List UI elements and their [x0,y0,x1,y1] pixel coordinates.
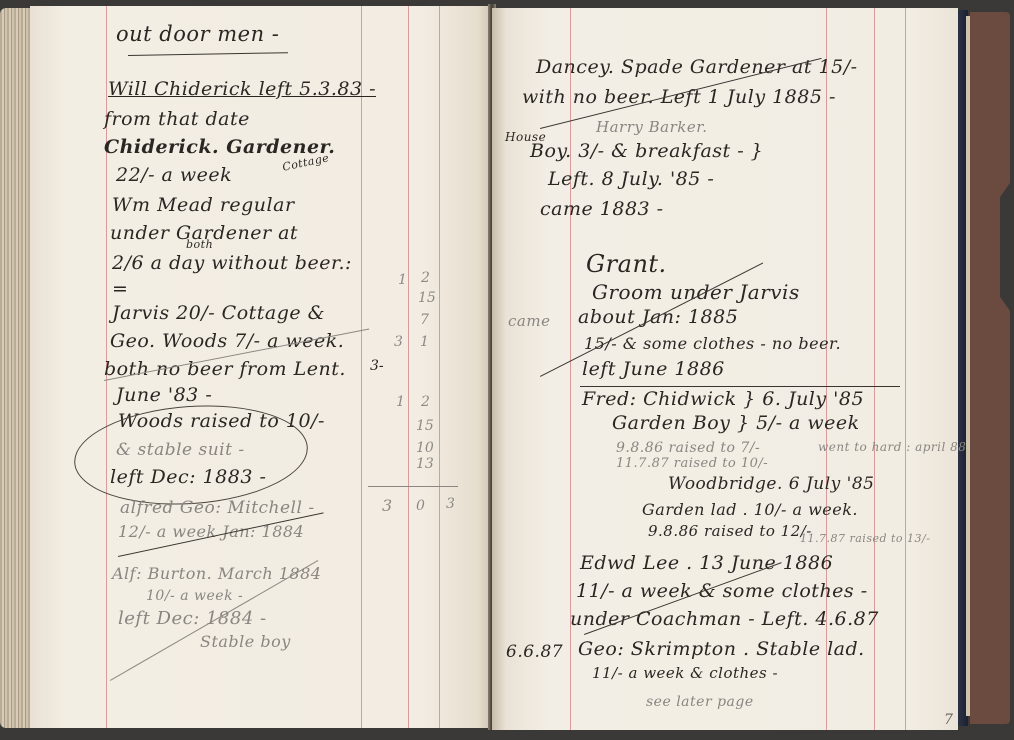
margin-figure: 1 [398,272,407,288]
left-page-edges [0,8,34,728]
margin-figure: 0 [416,498,425,514]
entry: Wm Mead regular [112,194,295,216]
entry: Stable boy [200,632,291,651]
entry: about Jan: 1885 [578,306,738,328]
margin-figure: 15 [418,290,436,306]
entry: alfred Geo: Mitchell - [120,498,315,518]
entry: Fred: Chidwick } 6. July '85 [582,388,864,410]
entry: left Dec: 1884 - [118,608,267,629]
entry: Garden Boy } 5/- a week [612,412,860,434]
entry: came [508,312,550,330]
annotation-both: both [186,238,213,251]
page-number: 7 [944,712,953,728]
margin-figure: 15 [416,418,434,434]
entry: Will Chiderick left 5.3.83 - [108,78,376,100]
entry: Garden lad . 10/- a week. [642,500,858,519]
margin-figure: 3 [446,496,455,512]
margin-figure: 3- [370,358,384,374]
entry: Left. 8 July. '85 - [548,168,714,190]
margin-figure: 1 [396,394,405,410]
entry: Boy. 3/- & breakfast - } [530,140,763,162]
entry: 22/- a week [116,164,232,186]
entry: 12/- a week Jan: 1884 [118,522,304,541]
entry: = [112,278,128,300]
entry: Woodbridge. 6 July '85 [668,474,874,494]
column-rule [905,8,906,730]
entry: with no beer. Left 1 July 1885 - [522,86,836,108]
entry: 15/- & some clothes - no beer. [584,334,841,353]
margin-figure: 2 [421,270,430,286]
entry: from that date [104,108,250,130]
margin-figure: 7 [420,312,429,328]
entry: 9.8.86 raised to 7/- [616,440,760,456]
entry: left June 1886 [582,358,725,380]
book-cover [970,12,1010,724]
underline [580,386,900,387]
left-heading: out door men - [116,22,279,46]
column-rule [408,6,409,728]
entry: June '83 - [116,384,212,406]
entry: 11.7.87 raised to 13/- [800,532,930,545]
margin-figure: 10 [416,440,434,456]
entry: Edwd Lee . 13 June 1886 [580,552,833,574]
entry: 10/- a week - [146,588,243,604]
margin-figure: 3 [394,334,403,350]
entry: Jarvis 20/- Cottage & [112,302,325,324]
entry: Groom under Jarvis [592,280,800,304]
entry: went to hard : april 88 [818,440,966,454]
entry: came 1883 - [540,198,664,220]
column-rule [361,6,362,728]
entry: see later page [646,694,754,710]
entry: 2/6 a day without beer.: [112,252,352,274]
entry: Harry Barker. [596,118,708,136]
margin-figure: 2 [421,394,430,410]
open-ledger-book: out door men - Will Chiderick left 5.3.8… [0,0,1014,740]
entry: Dancey. Spade Gardener at 15/- [536,56,858,78]
entry: 9.8.86 raised to 12/- [648,522,812,540]
margin-figure: 13 [416,456,434,472]
sum-line [368,486,458,487]
column-rule [439,6,440,728]
entry: both no beer from Lent. [104,358,346,380]
entry: 11.7.87 raised to 10/- [616,456,768,471]
entry: 6.6.87 [506,642,563,662]
entry: Alf: Burton. March 1884 [112,564,321,583]
entry: Geo: Skrimpton . Stable lad. [578,638,865,660]
entry: Grant. [586,250,667,278]
entry: 11/- a week & clothes - [592,664,778,682]
entry: Chiderick. Gardener. [104,136,335,158]
margin-figure: 3 [382,496,392,515]
margin-figure: 1 [420,334,429,350]
entry: under Coachman - Left. 4.6.87 [570,608,879,630]
